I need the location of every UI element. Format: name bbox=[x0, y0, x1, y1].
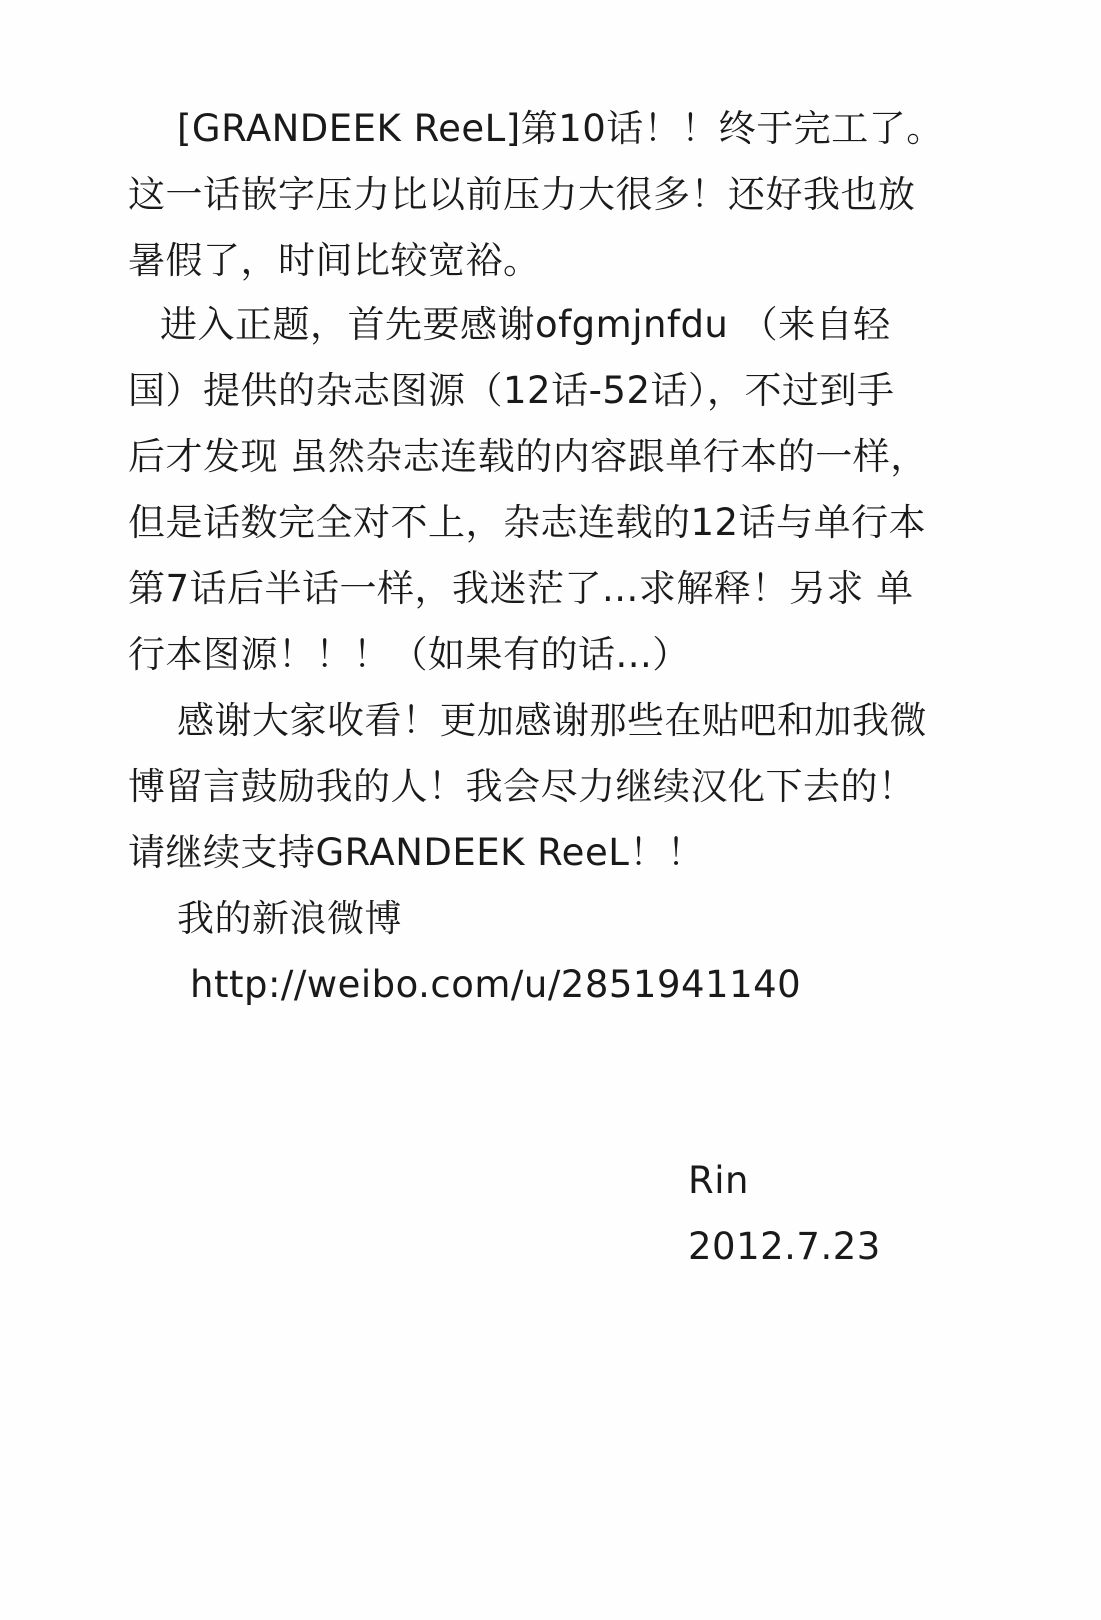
text-line-9: 行本图源！！！（如果有的话...） bbox=[128, 632, 690, 678]
weibo-label: 我的新浪微博 bbox=[177, 896, 402, 942]
weibo-url: http://weibo.com/u/2851941140 bbox=[190, 962, 801, 1008]
text-line-10: 感谢大家收看！更加感谢那些在贴吧和加我微 bbox=[177, 698, 927, 744]
text-line-6: 后才发现 虽然杂志连载的内容跟单行本的一样， bbox=[128, 434, 928, 480]
text-line-5: 国）提供的杂志图源（12话-52话），不过到手 bbox=[128, 368, 895, 414]
document-page: [GRANDEEK ReeL]第10话！！终于完工了。 这一话嵌字压力比以前压力… bbox=[0, 0, 1101, 1620]
text-line-4: 进入正题，首先要感谢ofgmjnfdu （来自轻 bbox=[160, 302, 891, 348]
signature-date: 2012.7.23 bbox=[688, 1224, 881, 1270]
text-line-12: 请继续支持GRANDEEK ReeL！！ bbox=[128, 830, 704, 876]
text-line-11: 博留言鼓励我的人！我会尽力继续汉化下去的！ bbox=[128, 764, 916, 810]
signature-name: Rin bbox=[688, 1158, 749, 1204]
text-line-7: 但是话数完全对不上，杂志连载的12话与单行本 bbox=[128, 500, 926, 546]
text-line-1: [GRANDEEK ReeL]第10话！！终于完工了。 bbox=[177, 106, 944, 152]
text-line-8: 第7话后半话一样，我迷茫了...求解释！另求 单 bbox=[128, 566, 914, 612]
text-line-2: 这一话嵌字压力比以前压力大很多！还好我也放 bbox=[128, 172, 916, 218]
text-line-3: 暑假了，时间比较宽裕。 bbox=[128, 238, 541, 284]
